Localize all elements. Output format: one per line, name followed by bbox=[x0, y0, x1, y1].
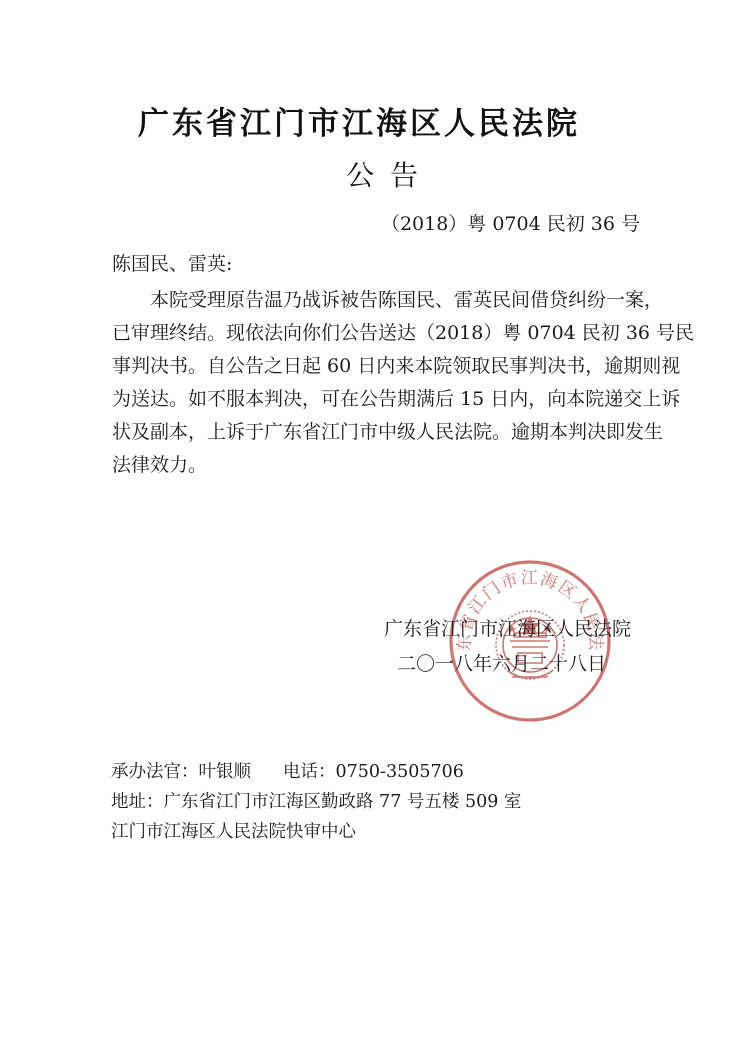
court-title: 广东省江门市江海区人民法院 bbox=[0, 104, 744, 144]
body-line: 本院受理原告温乃战诉被告陈国民、雷英民间借贷纠纷一案， bbox=[112, 284, 652, 317]
body-line: 为送达。如不服本判决，可在公告期满后 15 日内，向本院递交上诉 bbox=[112, 383, 652, 416]
address-line: 地址：广东省江门市江海区勤政路 77 号五楼 509 室 bbox=[111, 787, 521, 817]
body-line: 事判决书。自公告之日起 60 日内来本院领取民事判决书，逾期则视 bbox=[112, 350, 652, 383]
issue-date: 二〇一八年六月二十八日 bbox=[384, 647, 631, 682]
body-line: 状及副本，上诉于广东省江门市中级人民法院。逾期本判决即发生 bbox=[112, 416, 652, 449]
body-line: 已审理终结。现依法向你们公告送达（2018）粤 0704 民初 36 号民 bbox=[112, 317, 652, 350]
judge-name: 叶银顺 bbox=[199, 762, 252, 782]
body-line: 法律效力。 bbox=[112, 449, 652, 482]
addressee: 陈国民、雷英: bbox=[112, 250, 232, 278]
case-number: （2018）粤 0704 民初 36 号 bbox=[381, 210, 640, 238]
signature-block: 广东省江门市江海区人民法院 二〇一八年六月二十八日 bbox=[384, 612, 631, 682]
address-label: 地址： bbox=[111, 792, 164, 812]
address-value: 广东省江门市江海区勤政路 77 号五楼 509 室 bbox=[164, 792, 522, 812]
document-type-heading: 公告 bbox=[346, 158, 434, 194]
document-page: 广东省江门市江海区人民法院 公告 （2018）粤 0704 民初 36 号 陈国… bbox=[0, 0, 744, 1053]
issuer-name: 广东省江门市江海区人民法院 bbox=[384, 612, 631, 647]
office-line: 江门市江海区人民法院快审中心 bbox=[111, 817, 521, 847]
judge-label: 承办法官： bbox=[111, 762, 199, 782]
notice-body: 本院受理原告温乃战诉被告陈国民、雷英民间借贷纠纷一案， 已审理终结。现依法向你们… bbox=[112, 284, 652, 482]
phone-label: 电话： bbox=[283, 762, 336, 782]
judge-phone-line: 承办法官：叶银顺电话：0750-3505706 bbox=[111, 757, 521, 787]
phone-number: 0750-3505706 bbox=[336, 762, 464, 782]
contact-footer: 承办法官：叶银顺电话：0750-3505706 地址：广东省江门市江海区勤政路 … bbox=[111, 757, 521, 847]
